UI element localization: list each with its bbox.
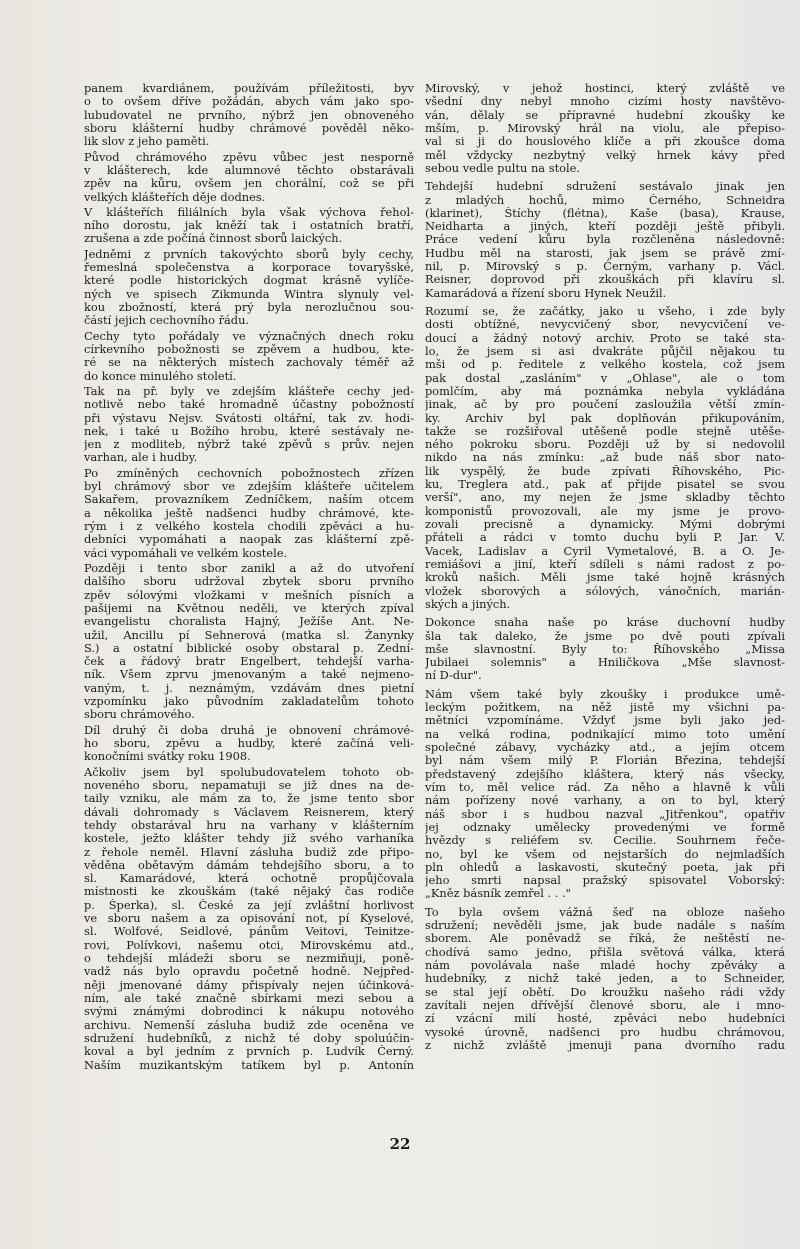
text-line: sboru klášterní hudby chrámové pověděl n… bbox=[84, 122, 414, 135]
text-line: ník. Všem zprvu jmenovaným a také nejmen… bbox=[84, 668, 414, 681]
text-line: svými známými dobrodinci k nákupu notové… bbox=[84, 1005, 414, 1018]
text-line: noveného sboru, nepamatuji se již dnes n… bbox=[84, 779, 414, 792]
text-line: zí vzácní milí hosté, zpěváci nebo hudeb… bbox=[425, 1012, 785, 1025]
text-line: byl nám všem milý P. Florián Březina, te… bbox=[425, 754, 785, 767]
text-line: sboru chrámového. bbox=[84, 708, 414, 721]
paragraph: Díl druhý či doba druhá je obnovení chrá… bbox=[84, 724, 414, 764]
text-line: debníci vypomáhati a naopak zas kláštern… bbox=[84, 533, 414, 546]
paragraph: panem kvardiánem, používám příležitosti,… bbox=[84, 82, 414, 149]
text-line: dosti obtížné, nevycvičený sbor, nevycvi… bbox=[425, 318, 785, 331]
text-line: ní D-dur". bbox=[425, 669, 785, 682]
text-line: nikdo na nás zmínku: „až bude náš sbor n… bbox=[425, 451, 785, 464]
text-line: no, byl ke všem od nejstarších do nejmla… bbox=[425, 848, 785, 861]
paragraph: Mirovský, v jehož hostinci, který zvlášt… bbox=[425, 82, 785, 175]
text-line: val si ji do houslového klíče a při zkou… bbox=[425, 135, 785, 148]
text-line: kroků našich. Měli jsme také hojně krásn… bbox=[425, 571, 785, 584]
paragraph: Rozumí se, že začátky, jako u všeho, i z… bbox=[425, 305, 785, 611]
text-line: verší", ano, my nejen že jsme skladby tě… bbox=[425, 491, 785, 504]
text-line: varhan, ale i hudby. bbox=[84, 451, 414, 464]
text-line: lo, že jsem si asi dvakráte půjčil nějak… bbox=[425, 345, 785, 358]
text-line: Dokonce snaha naše po kráse duchovní hud… bbox=[425, 616, 785, 629]
text-line: rovi, Polívkovi, našemu otci, Mirovskému… bbox=[84, 939, 414, 952]
text-line: zavítali nejen dřívější členové sboru, a… bbox=[425, 999, 785, 1012]
text-line: společné zábavy, vycházky atd., a jejím … bbox=[425, 741, 785, 754]
text-line: Sakařem, provazníkem Zedníčkem, naším ot… bbox=[84, 493, 414, 506]
text-line: Tehdejší hudební sdružení sestávalo jina… bbox=[425, 180, 785, 193]
text-line: šla tak daleko, že jsme po dvě pouti zpí… bbox=[425, 630, 785, 643]
text-line: mši od p. ředitele z velkého kostela, co… bbox=[425, 358, 785, 371]
text-line: jeho smrti napsal pražský spisovatel Vob… bbox=[425, 874, 785, 887]
text-line: panem kvardiánem, používám příležitosti,… bbox=[84, 82, 414, 95]
text-line: užil, Ancillu pí Sehnerová (matka sl. Ža… bbox=[84, 629, 414, 642]
text-line: o tehdejší mládeži sboru se nezmiňuji, p… bbox=[84, 952, 414, 965]
text-line: mše slavnostní. Byly to: Říhovského „Mis… bbox=[425, 643, 785, 656]
text-line: Ačkoliv jsem byl spolubudovatelem tohoto… bbox=[84, 766, 414, 779]
text-line: nek, i také u Božího hrobu, které sestáv… bbox=[84, 425, 414, 438]
text-line: Původ chrámového zpěvu vůbec jest nespor… bbox=[84, 151, 414, 164]
text-line: dalšího sboru udržoval zbytek sboru prvn… bbox=[84, 575, 414, 588]
text-line: lik slov z jeho paměti. bbox=[84, 135, 414, 148]
paragraph: V klášteřích filiálních byla však výchov… bbox=[84, 206, 414, 246]
paragraph: Tehdejší hudební sdružení sestávalo jina… bbox=[425, 180, 785, 300]
text-line: váci vypomáhali ve velkém kostele. bbox=[84, 547, 414, 560]
text-line: jinak, ač by pro poučení zasloužila větš… bbox=[425, 398, 785, 411]
text-line: zovali precisně a dynamicky. Mými dobrým… bbox=[425, 518, 785, 531]
text-line: Naším muzikantským tatíkem byl p. Antoní… bbox=[84, 1059, 414, 1072]
text-line: vím to, měl velice rád. Za něho a hlavně… bbox=[425, 781, 785, 794]
text-line: mším, p. Mirovský hrál na violu, ale pře… bbox=[425, 122, 785, 135]
text-line: notlivě nebo také hromadně účastny pobož… bbox=[84, 398, 414, 411]
paragraph: Cechy tyto pořádaly ve význačných dnech … bbox=[84, 330, 414, 383]
text-line: sebou vedle pultu na stole. bbox=[425, 162, 785, 175]
text-line: koval a byl jedním z prvních p. Ludvík Č… bbox=[84, 1045, 414, 1058]
text-line: měl vždycky nezbytný velký hrnek kávy př… bbox=[425, 149, 785, 162]
text-line: nám pořízeny nové varhany, a on to byl, … bbox=[425, 794, 785, 807]
text-line: místnosti ke zkouškám (také nějaký čas r… bbox=[84, 885, 414, 898]
text-line: evangelistu choralista Hajný, Ježíše Ant… bbox=[84, 615, 414, 628]
right-column: Mirovský, v jehož hostinci, který zvlášt… bbox=[425, 82, 785, 1052]
text-line: ku, Treglera atd., pak ať přijde pisatel… bbox=[425, 478, 785, 491]
text-line: sl. Kamarádové, která ochotně propůjčova… bbox=[84, 872, 414, 885]
text-line: v klášterech, kde alumnové těchto obstar… bbox=[84, 164, 414, 177]
text-line: nám povolávala naše mladé hochy zpěváky … bbox=[425, 959, 785, 972]
text-line: S.) a ostatní biblické osoby obstaral p.… bbox=[84, 642, 414, 655]
text-line: ního dorostu, jak kněží tak i ostatních … bbox=[84, 219, 414, 232]
text-line: jej odznaky umělecky provedenými ve form… bbox=[425, 821, 785, 834]
text-line: Neidharta a jiných, kteří později ještě … bbox=[425, 220, 785, 233]
text-line: Vacek, Ladislav a Cyril Vymetalové, B. a… bbox=[425, 545, 785, 558]
text-line: a několika ještě nadšenci hudby chrámové… bbox=[84, 507, 414, 520]
text-line: z řehole neměl. Hlavní zásluha budiž zde… bbox=[84, 846, 414, 859]
text-line: vzpomínku jako původním zakladatelům toh… bbox=[84, 695, 414, 708]
paragraph: To byla ovšem vážná šeď na obloze našeho… bbox=[425, 906, 785, 1052]
text-line: vadž nás bylo opravdu početně hodně. Nej… bbox=[84, 965, 414, 978]
text-line: Po zmíněných cechovních pobožnostech zří… bbox=[84, 467, 414, 480]
text-line: lik vyspělý, že bude zpívati Říhovského,… bbox=[425, 465, 785, 478]
text-line: církevního pobožnosti se zpěvem a hudbou… bbox=[84, 343, 414, 356]
text-line: Práce vedení kůru byla rozčleněna násled… bbox=[425, 233, 785, 246]
text-line: z nichž zvláště jmenuji pana dvorního ra… bbox=[425, 1039, 785, 1052]
text-line: všední dny nebyl mnoho cizími hosty navš… bbox=[425, 95, 785, 108]
text-line: Kamarádová a řízení sboru Hynek Neužil. bbox=[425, 287, 785, 300]
text-line: ve sboru našem a za opisování not, pí Ky… bbox=[84, 912, 414, 925]
text-line: sdružení; nevěděli jsme, jak bude nadále… bbox=[425, 919, 785, 932]
text-line: hvězdy s reliéfem sv. Cecilie. Souhrnem … bbox=[425, 834, 785, 847]
text-line: něji jmenované dámy přispívaly nejen úči… bbox=[84, 979, 414, 992]
text-line: Nám všem také byly zkoušky i produkce um… bbox=[425, 688, 785, 701]
text-line: Mirovský, v jehož hostinci, který zvlášt… bbox=[425, 82, 785, 95]
text-line: částí jejich cechovního řádu. bbox=[84, 314, 414, 327]
text-line: archivu. Nemenší zásluha budiž zde oceně… bbox=[84, 1019, 414, 1032]
text-line: představený zdejšího kláštera, který nás… bbox=[425, 768, 785, 781]
text-line: leckým požitkem, na něž jistě my všichni… bbox=[425, 701, 785, 714]
text-line: To byla ovšem vážná šeď na obloze našeho bbox=[425, 906, 785, 919]
text-line: kou zbožností, která prý byla nerozlučno… bbox=[84, 301, 414, 314]
text-line: ských a jiných. bbox=[425, 598, 785, 611]
paragraph: Tak na př. byly ve zdejším klášteře cech… bbox=[84, 385, 414, 465]
text-line: přáteli a rádci v tomto duchu byli P. Ja… bbox=[425, 531, 785, 544]
text-line: doucí a žádný notový archiv. Proto se ta… bbox=[425, 332, 785, 345]
text-line: vaným, t. j. neznámým, vzdávám dnes piet… bbox=[84, 682, 414, 695]
text-line: Díl druhý či doba druhá je obnovení chrá… bbox=[84, 724, 414, 737]
paragraph: Později i tento sbor zanikl a až do utvo… bbox=[84, 562, 414, 722]
text-line: sdružení hudebníků, z nichž té doby spol… bbox=[84, 1032, 414, 1045]
left-column: panem kvardiánem, používám příležitosti,… bbox=[84, 82, 414, 1072]
page-number: 22 bbox=[0, 1135, 800, 1153]
paragraph: Dokonce snaha naše po kráse duchovní hud… bbox=[425, 616, 785, 683]
text-line: zrušena a zde počíná činnost sborů laick… bbox=[84, 232, 414, 245]
text-line: při výstavu Nejsv. Svátosti oltářní, tak… bbox=[84, 412, 414, 425]
paragraph: Původ chrámového zpěvu vůbec jest nespor… bbox=[84, 151, 414, 204]
text-line: věděna obětavým dámám tehdejšího sboru, … bbox=[84, 859, 414, 872]
scanned-page: panem kvardiánem, používám příležitosti,… bbox=[0, 0, 800, 1249]
text-line: konočními svátky roku 1908. bbox=[84, 750, 414, 763]
text-line: (klarinet), Štíchy (flétna), Kaše (basa)… bbox=[425, 207, 785, 220]
text-line: tehdy obstarával hru na varhany v klášte… bbox=[84, 819, 414, 832]
text-line: velkých klášteřích děje dodnes. bbox=[84, 191, 414, 204]
text-line: V klášteřích filiálních byla však výchov… bbox=[84, 206, 414, 219]
text-line: ného pokroku sboru. Později už by si ned… bbox=[425, 438, 785, 451]
text-line: náš sbor i s hudbou nazval „Jitřenkou", … bbox=[425, 808, 785, 821]
text-line: taily vzniku, ale mám za to, že jsme ten… bbox=[84, 792, 414, 805]
text-line: zpěv sólovými vložkami v mešních písních… bbox=[84, 589, 414, 602]
text-line: rým i z velkého kostela chodili zpěváci … bbox=[84, 520, 414, 533]
text-line: pomlčím, aby má poznámka nebyla vykládán… bbox=[425, 385, 785, 398]
text-line: zpěv na kůru, ovšem jen chorální, což se… bbox=[84, 177, 414, 190]
text-line: ky. Archiv byl pak doplňován přikupování… bbox=[425, 412, 785, 425]
text-line: Tak na př. byly ve zdejším klášteře cech… bbox=[84, 385, 414, 398]
text-line: vysoké úrovně, nadšenci pro hudbu chrámo… bbox=[425, 1026, 785, 1039]
text-line: mětníci vzpomínáme. Vždyť jsme byli jako… bbox=[425, 714, 785, 727]
text-line: Rozumí se, že začátky, jako u všeho, i z… bbox=[425, 305, 785, 318]
text-line: ré se na některých místech zachovaly tém… bbox=[84, 356, 414, 369]
text-line: kostele, ježto klášter tehdy již svého v… bbox=[84, 832, 414, 845]
text-line: pašijemi na Květnou neděli, ve kterých z… bbox=[84, 602, 414, 615]
paragraph: Nám všem také byly zkoušky i produkce um… bbox=[425, 688, 785, 901]
paragraph: Po zmíněných cechovních pobožnostech zří… bbox=[84, 467, 414, 560]
text-line: Reisner, doprovod při zkouškách při klav… bbox=[425, 273, 785, 286]
text-line: se stal její obětí. Do kroužku našeho rá… bbox=[425, 986, 785, 999]
text-line: řemeslná společenstva a korporace tovary… bbox=[84, 261, 414, 274]
text-line: sborem. Ale poněvadž se říká, že neštěst… bbox=[425, 932, 785, 945]
text-line: Hudbu měl na starosti, jak jsem se právě… bbox=[425, 247, 785, 260]
text-line: hudebníky, z nichž také jeden, a to Schn… bbox=[425, 972, 785, 985]
text-line: Jubilaei solemnis" a Hniličkova „Mše sla… bbox=[425, 656, 785, 669]
paragraph: Jedněmi z prvních takovýchto sborů byly … bbox=[84, 248, 414, 328]
text-line: byl chrámový sbor ve zdejším klášteře uč… bbox=[84, 480, 414, 493]
text-line: „Kněz básník zemřel . . ." bbox=[425, 887, 785, 900]
text-line: dávali dohromady s Václavem Reisnerem, k… bbox=[84, 806, 414, 819]
text-line: p. Šperka), sl. České za její zvláštní h… bbox=[84, 899, 414, 912]
text-line: komponistů provozovali, ale my jsme je p… bbox=[425, 505, 785, 518]
text-line: nil, p. Mirovský s p. Černým, varhany p.… bbox=[425, 260, 785, 273]
paragraph: Ačkoliv jsem byl spolubudovatelem tohoto… bbox=[84, 766, 414, 1072]
text-line: Později i tento sbor zanikl a až do utvo… bbox=[84, 562, 414, 575]
text-line: ných ve spisech Zikmunda Wintra slynuly … bbox=[84, 288, 414, 301]
text-line: do konce minulého století. bbox=[84, 370, 414, 383]
text-line: sl. Wolfové, Seidlové, pánům Veitovi, Te… bbox=[84, 925, 414, 938]
text-line: pak dostal „zasláním" v „Ohlase", ale o … bbox=[425, 372, 785, 385]
text-line: Jedněmi z prvních takovýchto sborů byly … bbox=[84, 248, 414, 261]
text-line: z mladých hochů, mimo Černého, Schneidra bbox=[425, 194, 785, 207]
text-line: vložek sborových a sólových, vánočních, … bbox=[425, 585, 785, 598]
text-line: Cechy tyto pořádaly ve význačných dnech … bbox=[84, 330, 414, 343]
text-line: lubudovatel ne prvního, nýbrž jen obnove… bbox=[84, 109, 414, 122]
text-line: remiášovi a jiní, kteří sdíleli s námi r… bbox=[425, 558, 785, 571]
text-line: ván, dělaly se přípravné hudební zkoušky… bbox=[425, 109, 785, 122]
text-line: chodívá samo jedno, přišla světová válka… bbox=[425, 946, 785, 959]
text-line: na velká rodina, podnikající mimo toto u… bbox=[425, 728, 785, 741]
text-line: takže se rozšiřoval utěšeně podle stejně… bbox=[425, 425, 785, 438]
text-line: pln ohledů a laskavosti, skutečný poeta,… bbox=[425, 861, 785, 874]
text-line: ho sboru, zpěvu a hudby, které začíná ve… bbox=[84, 737, 414, 750]
text-line: o to ovšem dříve požádán, abych vám jako… bbox=[84, 95, 414, 108]
text-line: ček a řádový bratr Engelbert, tehdejší v… bbox=[84, 655, 414, 668]
text-line: ním, ale také značně sbírkami mezi sebou… bbox=[84, 992, 414, 1005]
text-line: které podle historických dogmat krásně v… bbox=[84, 274, 414, 287]
text-line: jen z modliteb, nýbrž také zpěvů s prův.… bbox=[84, 438, 414, 451]
